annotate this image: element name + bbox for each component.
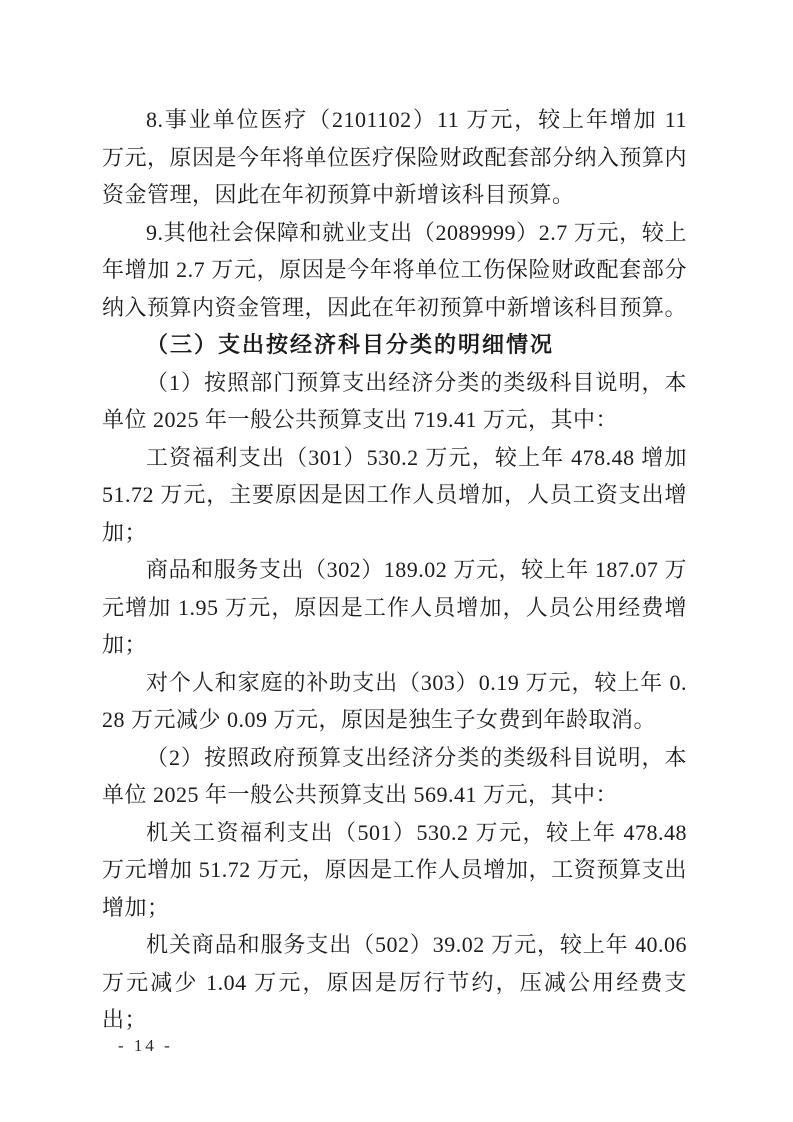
paragraph-item-agency-goods-services-502: 机关商品和服务支出（502）39.02 万元，较上年 40.06 万元减少 1.… — [102, 926, 687, 1039]
page-footer: - 14 - — [118, 1036, 173, 1056]
section-heading-3-expenditure-by-economic-subject: （三）支出按经济科目分类的明细情况 — [102, 326, 687, 364]
document-body: 8.事业单位医疗（2101102）11 万元，较上年增加 11 万元，原因是今年… — [102, 101, 687, 1039]
document-page: 8.事业单位医疗（2101102）11 万元，较上年增加 11 万元，原因是今年… — [0, 0, 793, 1122]
paragraph-item-2-government-classification: （2）按照政府预算支出经济分类的类级科目说明，本单位 2025 年一般公共预算支… — [102, 739, 687, 814]
paragraph-item-goods-services-302: 商品和服务支出（302）189.02 万元，较上年 187.07 万元增加 1.… — [102, 551, 687, 664]
paragraph-item-1-department-classification: （1）按照部门预算支出经济分类的类级科目说明，本单位 2025 年一般公共预算支… — [102, 364, 687, 439]
paragraph-item-9-social-security: 9.其他社会保障和就业支出（2089999）2.7 万元，较上年增加 2.7 万… — [102, 214, 687, 327]
paragraph-item-wages-benefits-301: 工资福利支出（301）530.2 万元，较上年 478.48 增加 51.72 … — [102, 439, 687, 552]
paragraph-item-8-medical: 8.事业单位医疗（2101102）11 万元，较上年增加 11 万元，原因是今年… — [102, 101, 687, 214]
paragraph-item-individual-family-subsidy-303: 对个人和家庭的补助支出（303）0.19 万元，较上年 0.28 万元减少 0.… — [102, 664, 687, 739]
page-number: - 14 - — [118, 1036, 173, 1055]
paragraph-item-agency-wages-benefits-501: 机关工资福利支出（501）530.2 万元，较上年 478.48 万元增加 51… — [102, 814, 687, 927]
